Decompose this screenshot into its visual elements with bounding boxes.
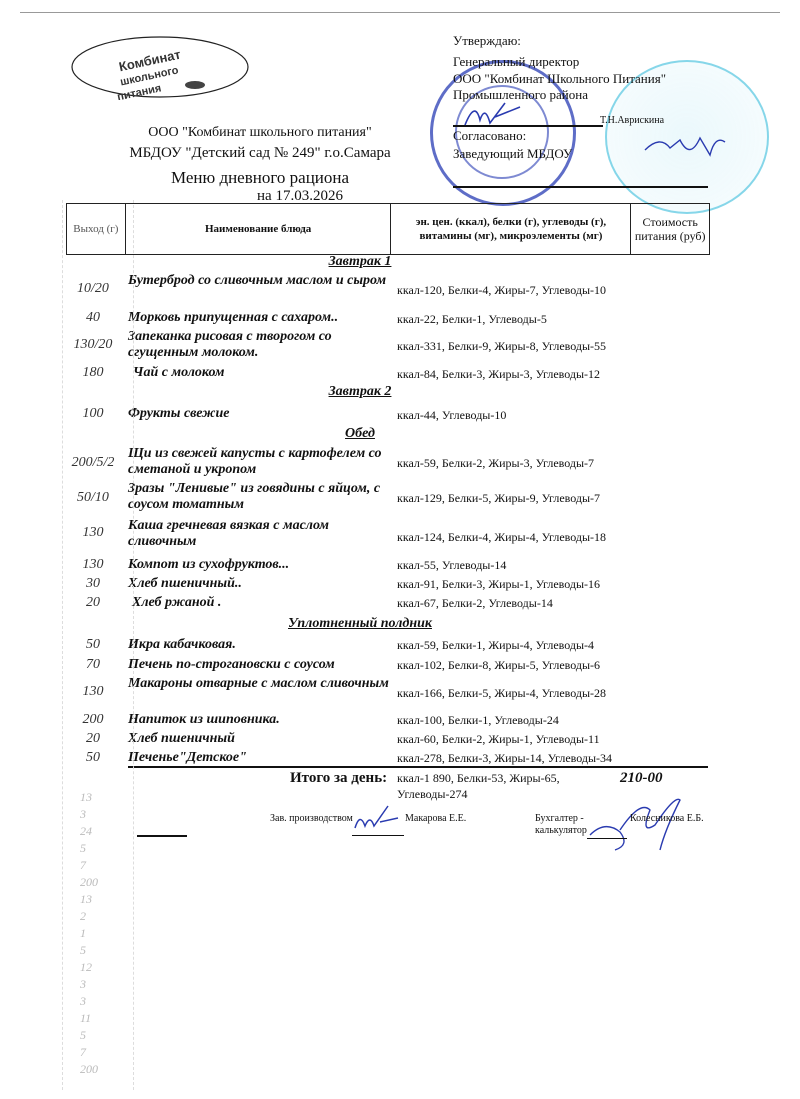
approver-name: Т.Н.Аврискина <box>600 112 664 129</box>
dish-nutrition: ккал-67, Белки-2, Углеводы-14 <box>397 596 637 611</box>
dish-nutrition: ккал-129, Белки-5, Жиры-9, Углеводы-7 <box>397 491 637 506</box>
dish-name: Макароны отварные с маслом сливочным <box>128 676 393 692</box>
production-manager-signature <box>350 800 410 840</box>
dish-nutrition: ккал-124, Белки-4, Жиры-4, Углеводы-18 <box>397 530 637 545</box>
dish-name: Напиток из шиповника. <box>128 712 393 728</box>
agreed-signature-line <box>453 186 708 188</box>
column-nutrition: эн. цен. (ккал), белки (г), углеводы (г)… <box>391 204 631 254</box>
dish-name: Зразы "Ленивые" из говядины с яйцом, с с… <box>128 481 393 513</box>
section-lunch: Обед <box>130 426 590 442</box>
dish-name: Печень по-строгановски с соусом <box>128 657 393 673</box>
dish-name: Морковь припущенная с сахаром.. <box>128 310 393 326</box>
dish-name: Хлеб ржаной . <box>132 595 397 611</box>
dish-nutrition: ккал-278, Белки-3, Жиры-14, Углеводы-34 <box>397 751 637 766</box>
dish-nutrition: ккал-44, Углеводы-10 <box>397 408 637 423</box>
production-manager-signature-line <box>352 835 404 836</box>
accountant-signature-line <box>587 838 627 839</box>
production-manager-name: Макарова Е.Е. <box>405 813 466 824</box>
accountant-name: Колесникова Е.Б. <box>630 813 704 824</box>
left-signature-line <box>137 835 187 837</box>
column-dish-name: Наименование блюда <box>126 204 392 254</box>
dish-name: Хлеб пшеничный.. <box>128 576 393 592</box>
approver-company: ООО "Комбинат Школьного Питания" <box>453 70 666 87</box>
menu-table-header: Выход (г) Наименование блюда эн. цен. (к… <box>66 203 710 255</box>
section-afternoon-snack: Уплотненный полдник <box>130 616 590 632</box>
dish-nutrition: ккал-166, Белки-5, Жиры-4, Углеводы-28 <box>397 686 637 701</box>
bleed-through-grid <box>62 200 134 1090</box>
scan-edge-line <box>20 12 780 13</box>
dish-nutrition: ккал-91, Белки-3, Жиры-1, Углеводы-16 <box>397 577 637 592</box>
total-cost: 210-00 <box>620 770 663 787</box>
dish-name: Каша гречневая вязкая с маслом сливочным <box>128 518 393 550</box>
dish-nutrition: ккал-120, Белки-4, Жиры-7, Углеводы-10 <box>397 283 637 298</box>
dish-name: Компот из сухофруктов... <box>128 557 393 573</box>
total-nutrition: ккал-1 890, Белки-53, Жиры-65, Углеводы-… <box>397 770 597 802</box>
agreed-label: Согласовано: <box>453 127 526 144</box>
dish-name: Хлеб пшеничный <box>128 731 393 747</box>
company-logo: Комбинат школьного питания <box>70 35 250 100</box>
dish-nutrition: ккал-22, Белки-1, Углеводы-5 <box>397 312 637 327</box>
dish-nutrition: ккал-102, Белки-8, Жиры-5, Углеводы-6 <box>397 658 637 673</box>
dish-name: Икра кабачковая. <box>128 637 393 653</box>
dish-name: Чай с молоком <box>133 365 398 381</box>
head-signature <box>640 130 730 170</box>
dish-nutrition: ккал-60, Белки-2, Жиры-1, Углеводы-11 <box>397 732 637 747</box>
dish-name: Бутерброд со сливочным маслом и сыром <box>128 273 393 289</box>
date-value: 17.03.2026 <box>275 188 343 204</box>
section-breakfast-2: Завтрак 2 <box>130 384 590 400</box>
dish-nutrition: ккал-331, Белки-9, Жиры-8, Углеводы-55 <box>397 339 637 354</box>
date-prefix: на <box>257 188 272 204</box>
total-label: Итого за день: <box>290 770 387 787</box>
dish-name: Фрукты свежие <box>128 406 393 422</box>
dish-name: Запеканка рисовая с творогом со сгущенны… <box>128 329 393 361</box>
column-cost: Стоимость питания (руб) <box>631 204 709 254</box>
dish-name: Печенье"Детское" <box>128 750 393 766</box>
dish-name: Щи из свежей капусты с картофелем со сме… <box>128 446 393 478</box>
dish-nutrition: ккал-55, Углеводы-14 <box>397 558 637 573</box>
production-manager-label: Зав. производством <box>270 813 353 824</box>
dish-nutrition: ккал-84, Белки-3, Жиры-3, Углеводы-12 <box>397 367 637 382</box>
dish-nutrition: ккал-59, Белки-2, Жиры-3, Углеводы-7 <box>397 456 637 471</box>
section-breakfast-1: Завтрак 1 <box>130 254 590 270</box>
accountant-signature <box>580 790 690 860</box>
approve-label: Утверждаю: <box>453 32 521 49</box>
agreed-position: Заведующий МБДОУ <box>453 145 572 162</box>
approver-position: Генеральный директор <box>453 53 579 70</box>
total-divider <box>128 766 708 768</box>
dish-nutrition: ккал-100, Белки-1, Углеводы-24 <box>397 713 637 728</box>
dish-nutrition: ккал-59, Белки-1, Жиры-4, Углеводы-4 <box>397 638 637 653</box>
